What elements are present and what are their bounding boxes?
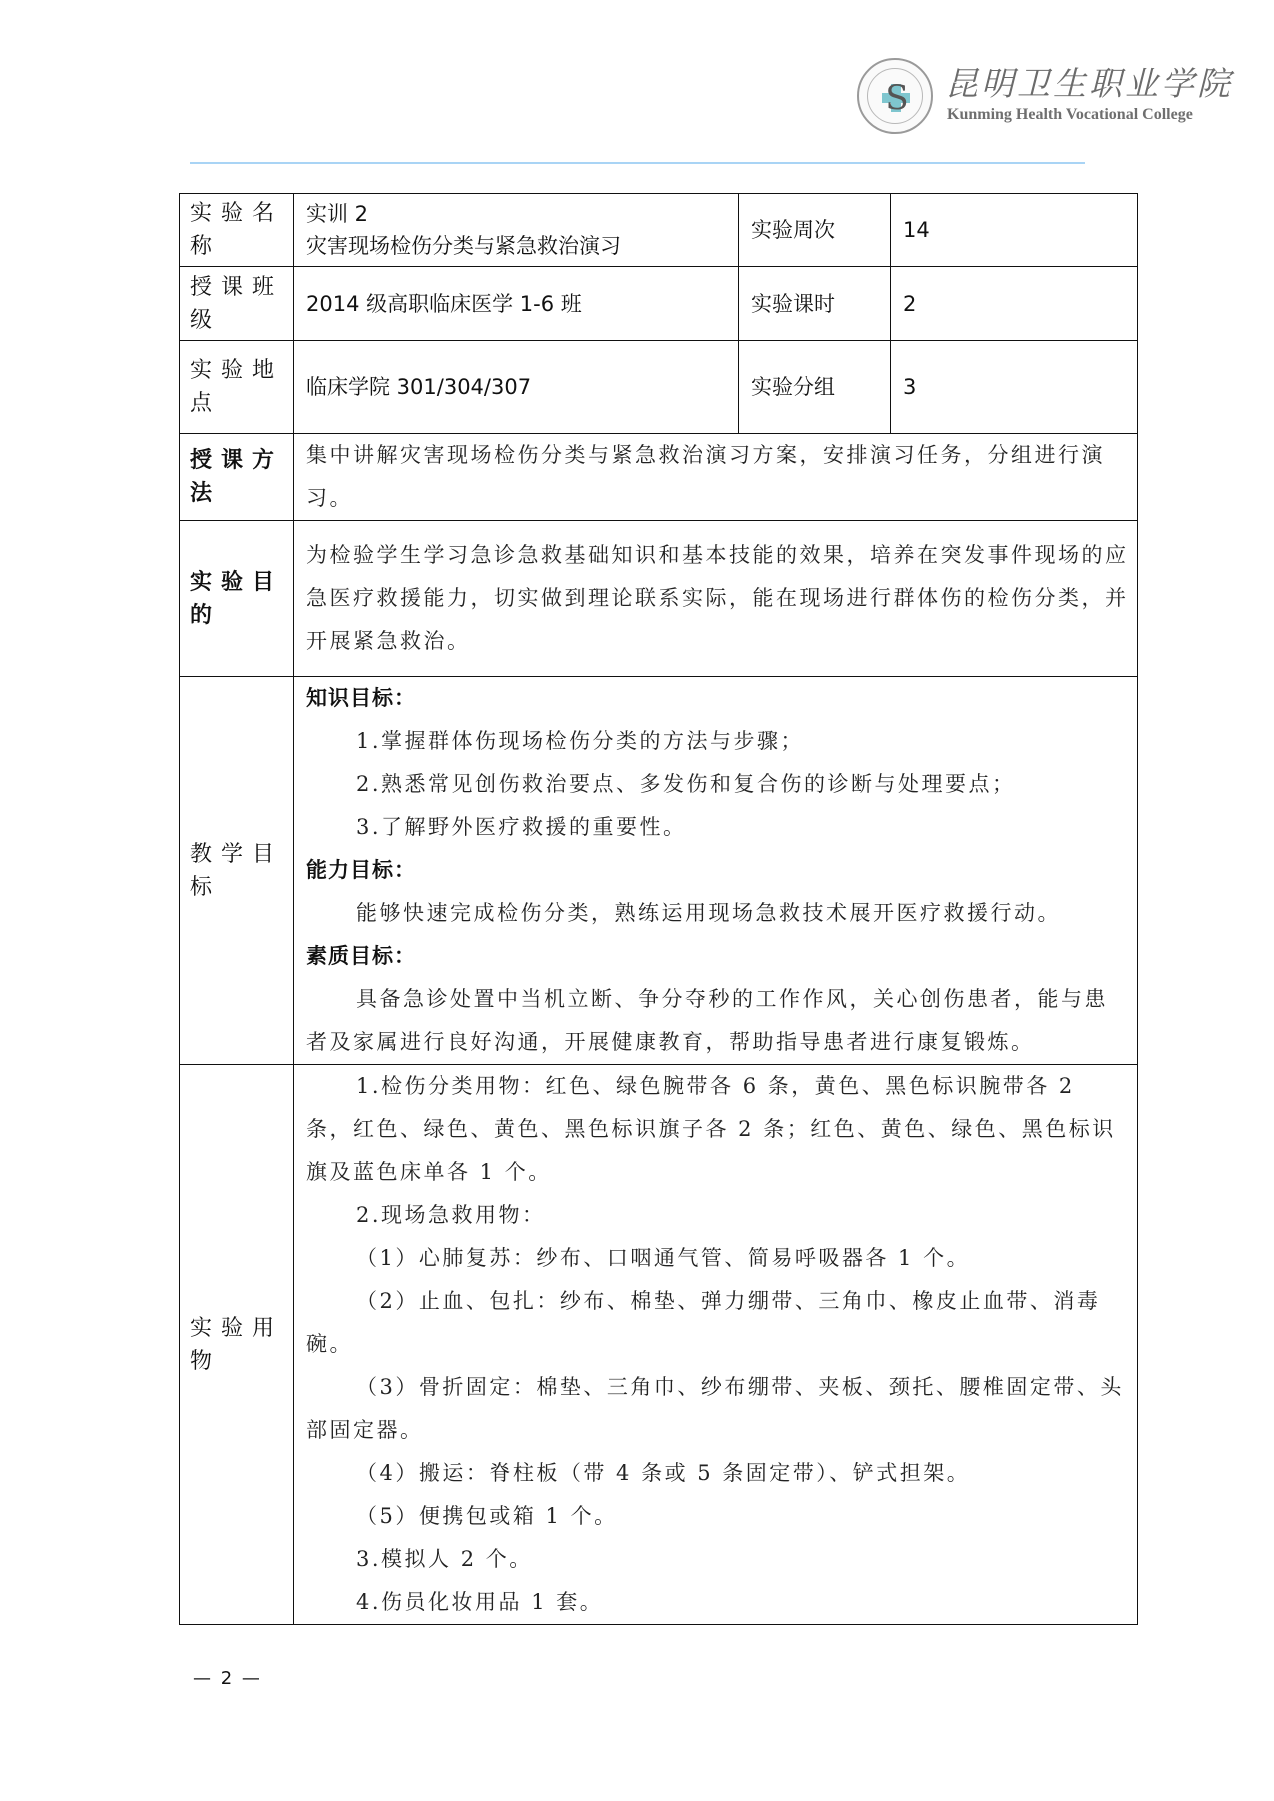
label-experiment-name: 实验名称 — [180, 194, 294, 267]
experiment-code: 实训 2 — [306, 198, 738, 230]
value-objectives: 知识目标： 1.掌握群体伤现场检伤分类的方法与步骤； 2.熟悉常见创伤救治要点、… — [294, 677, 1138, 1065]
label-purpose: 实验目的 — [180, 521, 294, 677]
quality-heading: 素质目标： — [306, 935, 1129, 978]
college-emblem-icon: S — [857, 58, 933, 134]
label-objectives: 教学目标 — [180, 677, 294, 1065]
material-item: 2.现场急救用物： — [306, 1194, 1129, 1237]
material-item: （3）骨折固定：棉垫、三角巾、纱布绷带、夹板、颈托、腰椎固定带、头部固定器。 — [306, 1366, 1129, 1452]
page-number: — 2 — — [193, 1668, 262, 1689]
material-item: （1）心肺复苏：纱布、口咽通气管、简易呼吸器各 1 个。 — [306, 1237, 1129, 1280]
value-groups: 3 — [891, 341, 1138, 434]
knowledge-item: 2.熟悉常见创伤救治要点、多发伤和复合伤的诊断与处理要点； — [306, 763, 1129, 806]
college-logo: S 昆明卫生职业学院 Kunming Health Vocational Col… — [855, 52, 1245, 142]
material-item: （4）搬运：脊柱板（带 4 条或 5 条固定带）、铲式担架。 — [306, 1452, 1129, 1495]
value-location: 临床学院 301/304/307 — [294, 341, 739, 434]
value-experiment-name: 实训 2 灾害现场检伤分类与紧急救治演习 — [294, 194, 739, 267]
experiment-title: 灾害现场检伤分类与紧急救治演习 — [306, 230, 738, 262]
value-materials: 1.检伤分类用物：红色、绿色腕带各 6 条，黄色、黑色标识腕带各 2 条，红色、… — [294, 1065, 1138, 1625]
college-name-en: Kunming Health Vocational College — [947, 106, 1193, 124]
value-hours: 2 — [891, 267, 1138, 341]
knowledge-heading: 知识目标： — [306, 677, 1129, 720]
label-hours: 实验课时 — [739, 267, 891, 341]
knowledge-item: 3.了解野外医疗救援的重要性。 — [306, 806, 1129, 849]
label-materials: 实验用物 — [180, 1065, 294, 1625]
table-row-class: 授课班级 2014 级高职临床医学 1-6 班 实验课时 2 — [180, 267, 1138, 341]
ability-heading: 能力目标： — [306, 849, 1129, 892]
label-week: 实验周次 — [739, 194, 891, 267]
table-row-location: 实验地点 临床学院 301/304/307 实验分组 3 — [180, 341, 1138, 434]
table-row-objectives: 教学目标 知识目标： 1.掌握群体伤现场检伤分类的方法与步骤； 2.熟悉常见创伤… — [180, 677, 1138, 1065]
material-item: （5）便携包或箱 1 个。 — [306, 1495, 1129, 1538]
ability-text: 能够快速完成检伤分类，熟练运用现场急救技术展开医疗救援行动。 — [306, 892, 1129, 935]
label-groups: 实验分组 — [739, 341, 891, 434]
material-item: 1.检伤分类用物：红色、绿色腕带各 6 条，黄色、黑色标识腕带各 2 条，红色、… — [306, 1065, 1129, 1194]
header-divider — [190, 162, 1085, 164]
quality-text: 具备急诊处置中当机立断、争分夺秒的工作作风，关心创伤患者，能与患者及家属进行良好… — [306, 978, 1129, 1064]
material-item: 4.伤员化妆用品 1 套。 — [306, 1581, 1129, 1624]
label-method: 授课方法 — [180, 434, 294, 521]
knowledge-item: 1.掌握群体伤现场检伤分类的方法与步骤； — [306, 720, 1129, 763]
experiment-info-table: 实验名称 实训 2 灾害现场检伤分类与紧急救治演习 实验周次 14 授课班级 2… — [179, 193, 1138, 1625]
table-row-method: 授课方法 集中讲解灾害现场检伤分类与紧急救治演习方案，安排演习任务，分组进行演习… — [180, 434, 1138, 521]
table-row-name: 实验名称 实训 2 灾害现场检伤分类与紧急救治演习 实验周次 14 — [180, 194, 1138, 267]
label-class: 授课班级 — [180, 267, 294, 341]
table-row-materials: 实验用物 1.检伤分类用物：红色、绿色腕带各 6 条，黄色、黑色标识腕带各 2 … — [180, 1065, 1138, 1625]
value-week: 14 — [891, 194, 1138, 267]
value-method: 集中讲解灾害现场检伤分类与紧急救治演习方案，安排演习任务，分组进行演习。 — [294, 434, 1138, 521]
material-item: （2）止血、包扎：纱布、棉垫、弹力绷带、三角巾、橡皮止血带、消毒碗。 — [306, 1280, 1129, 1366]
table-row-purpose: 实验目的 为检验学生学习急诊急救基础知识和基本技能的效果，培养在突发事件现场的应… — [180, 521, 1138, 677]
value-purpose: 为检验学生学习急诊急救基础知识和基本技能的效果，培养在突发事件现场的应急医疗救援… — [294, 521, 1138, 677]
label-location: 实验地点 — [180, 341, 294, 434]
material-item: 3.模拟人 2 个。 — [306, 1538, 1129, 1581]
college-name-cn: 昆明卫生职业学院 — [945, 58, 1233, 105]
value-class: 2014 级高职临床医学 1-6 班 — [294, 267, 739, 341]
